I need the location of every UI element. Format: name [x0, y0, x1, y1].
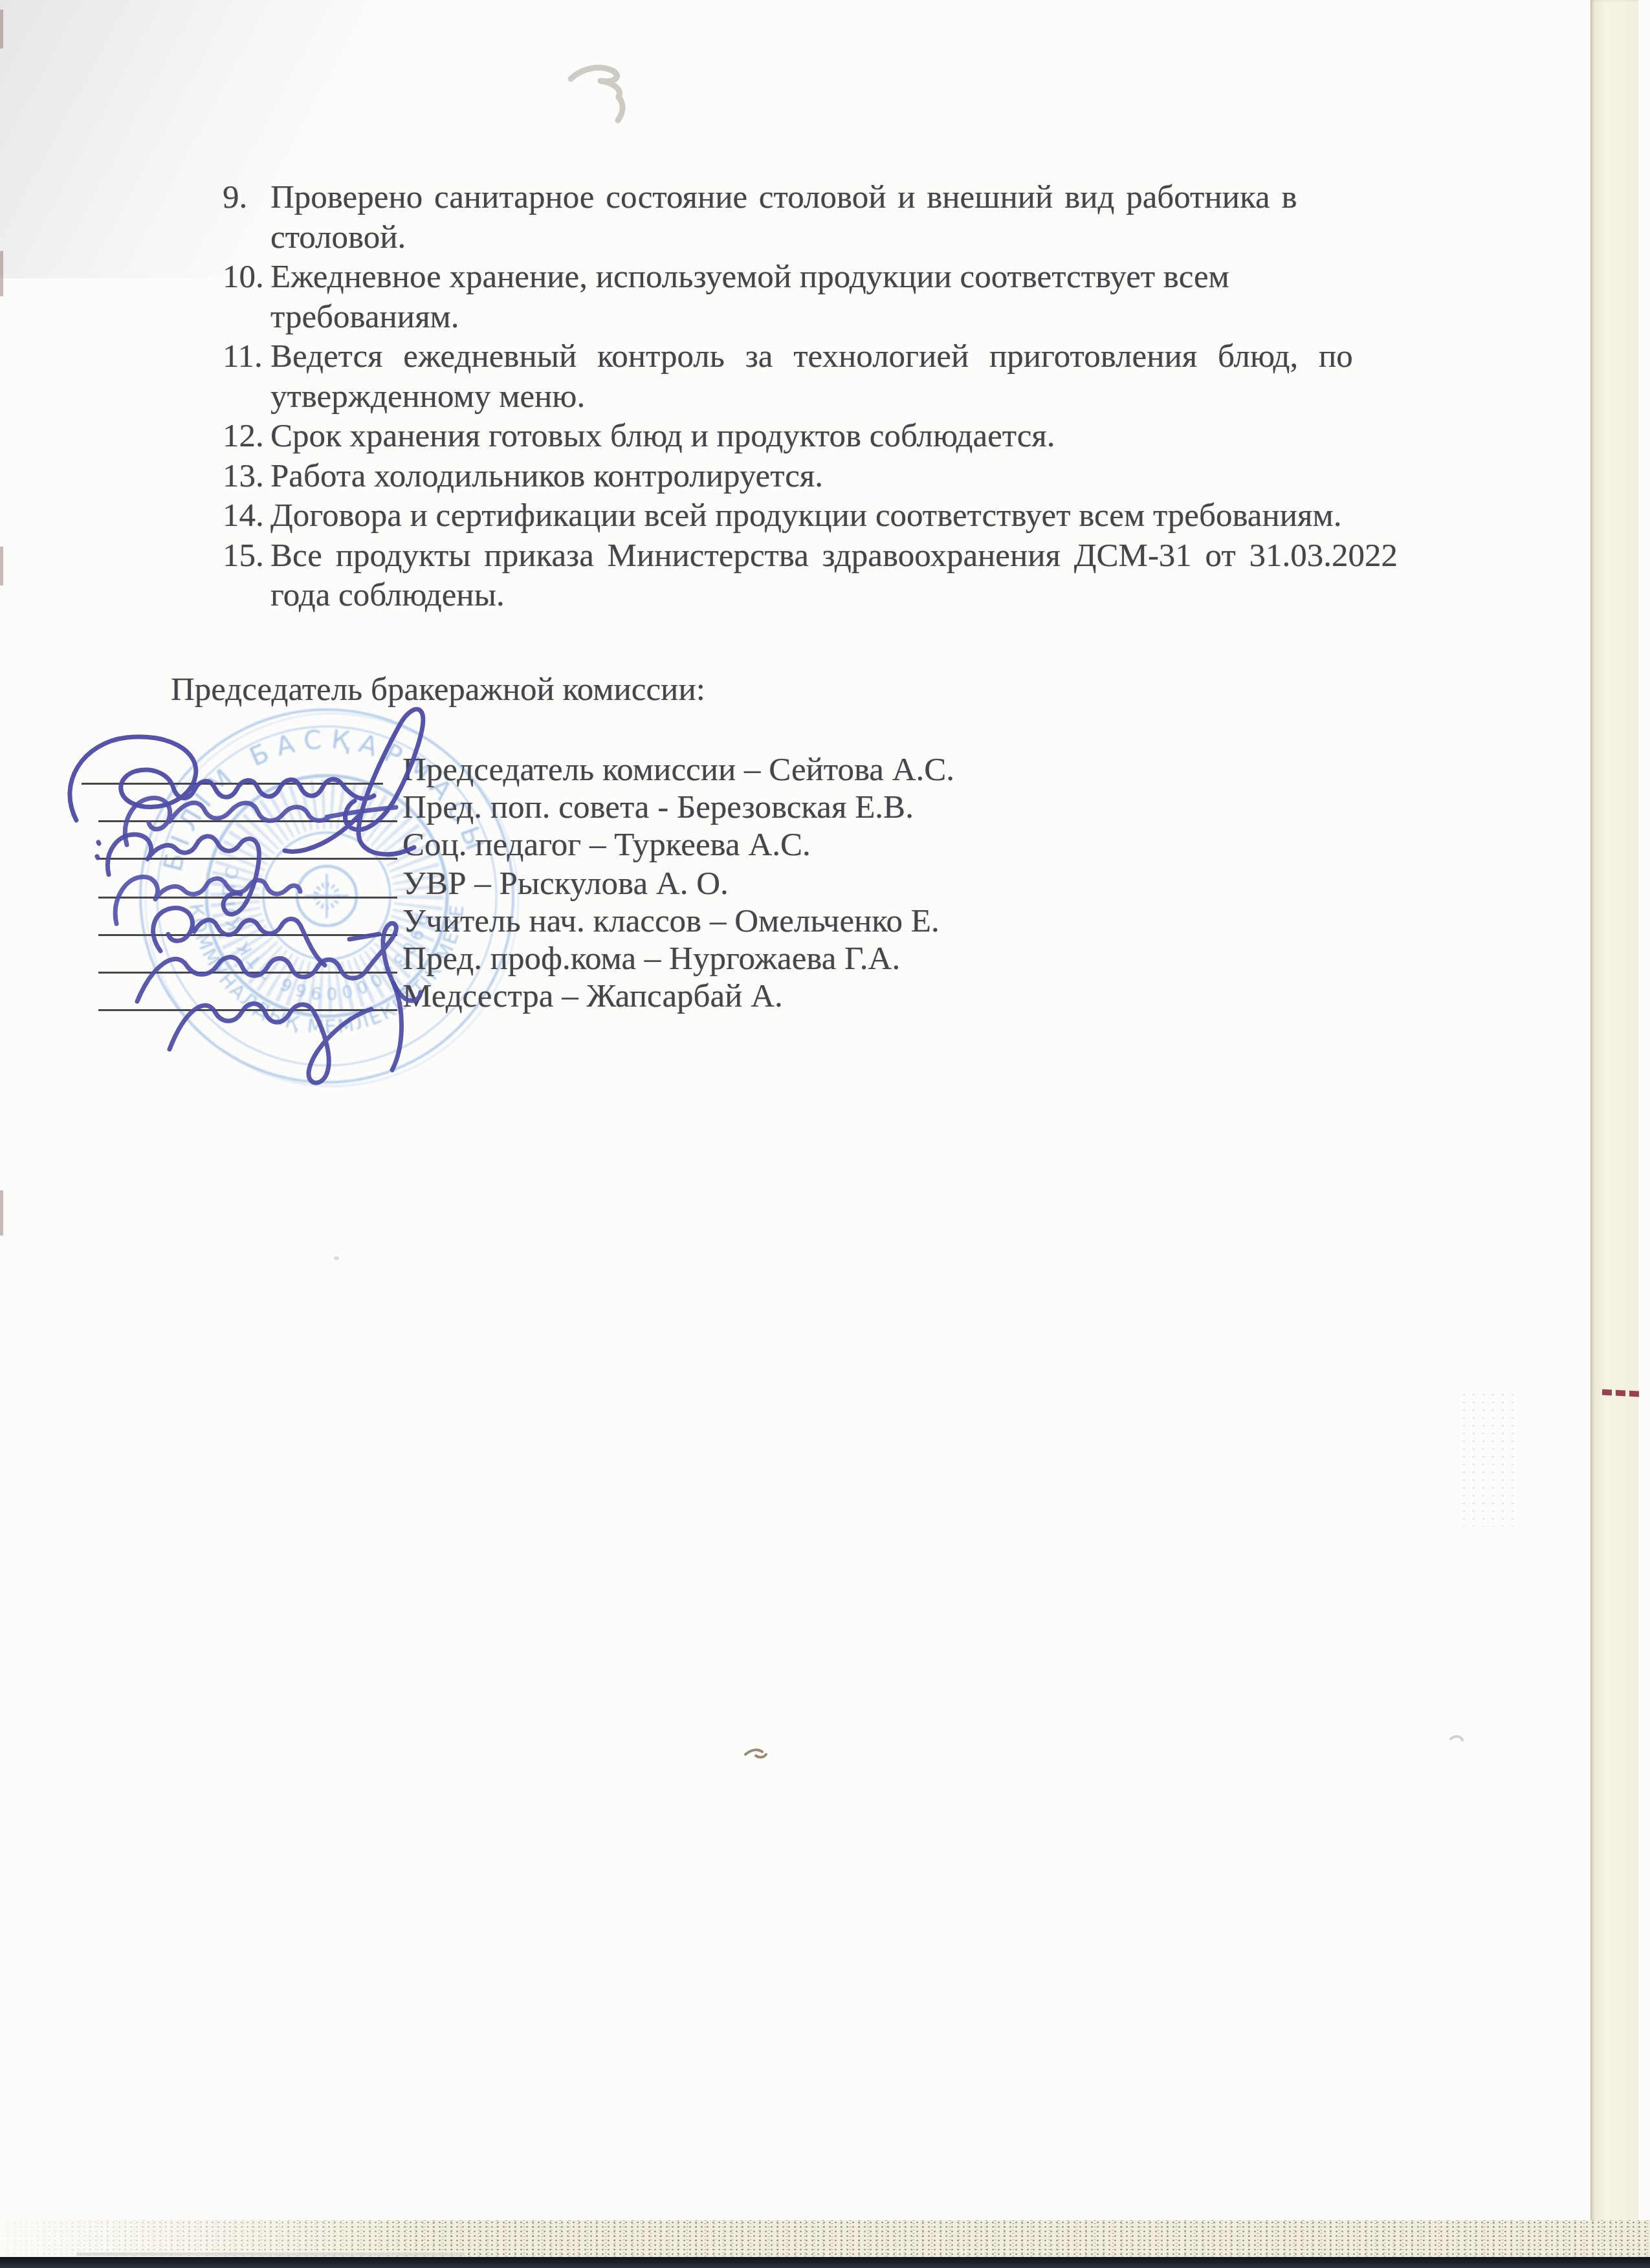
signature-line [98, 858, 397, 860]
scan-edge-mark [0, 547, 3, 585]
list-line: 13.Работа холодильников контролируется. [223, 458, 1407, 494]
list-line: 14.Договора и сертификации всей продукци… [223, 497, 1407, 534]
list-line: года соблюдены. [223, 577, 1407, 613]
signature-label: Пред. поп. совета - Березовская Е.В. [402, 789, 914, 826]
scanned-document-page: 9.Проверено санитарное состояние столово… [0, 0, 1650, 2268]
list-line: столовой. [223, 219, 1407, 256]
scan-edge-mark [0, 10, 3, 49]
signature-line [98, 897, 397, 899]
paper-speck [334, 1256, 339, 1260]
paper-speck [745, 1750, 766, 1758]
list-line: требованиям. [223, 299, 1407, 335]
list-line: 9.Проверено санитарное состояние столово… [223, 179, 1407, 215]
signature-line [98, 972, 397, 974]
list-line: утвержденному меню. [223, 378, 1407, 415]
signature-label: Председатель комиссии – Сейтова А.С. [402, 751, 954, 789]
scan-edge-highlight [76, 2252, 465, 2256]
signature-label: Соц. педагог – Туркеева А.С. [402, 826, 811, 864]
scanner-bed-bar [0, 2257, 1650, 2268]
signature-label: УВР – Рыскулова А. О. [402, 865, 729, 902]
list-line: 11.Ведется ежедневный контроль за технол… [223, 338, 1407, 375]
scan-edge-mark [0, 251, 3, 296]
paper-speck [1451, 1736, 1462, 1740]
signature-label: Учитель нач. классов – Омельченко Е. [402, 902, 940, 940]
signature-line [98, 820, 397, 822]
signature-line [82, 783, 383, 785]
scan-edge-mark [0, 1190, 3, 1236]
signature-line [98, 934, 397, 936]
list-line: 12.Срок хранения готовых блюд и продукто… [223, 418, 1407, 454]
signature-label: Медсестра – Жапсарбай А. [402, 977, 783, 1015]
page-edge-strip [1590, 0, 1638, 2268]
list-line: 10.Ежедневное хранение, используемой про… [223, 259, 1407, 295]
list-line: 15.Все продукты приказа Министерства здр… [223, 538, 1407, 574]
signature-label: Пред. проф.кома – Нургожаева Г.А. [402, 940, 900, 977]
ink-bleed-artifact [1459, 1391, 1521, 1527]
signature-line [98, 1009, 397, 1011]
scan-smudge [571, 68, 622, 120]
signature-section-title: Председатель бракеражной комиссии: [171, 671, 705, 708]
